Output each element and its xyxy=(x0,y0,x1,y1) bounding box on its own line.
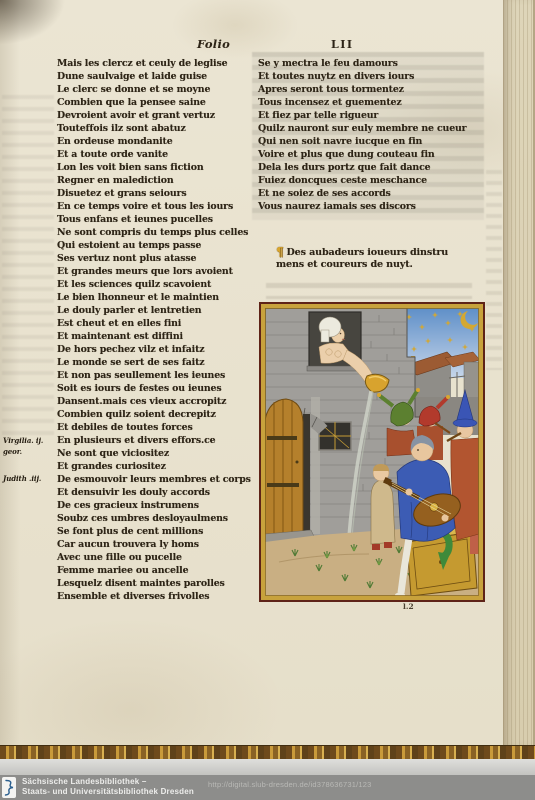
verse-line: Et fiez par telle rigueur xyxy=(258,109,486,122)
folio-header-number: LII xyxy=(331,38,354,51)
verse-line: Et densuivir les douly accords xyxy=(57,486,262,499)
margin-note-virgil: Virgilia. ij. xyxy=(3,436,43,445)
digitized-manuscript-view: Folio LII Mais les clercz et ceuly de le… xyxy=(0,0,535,800)
verse-line: Avec une fille ou pucelle xyxy=(57,551,262,564)
gilded-book-edge xyxy=(0,745,535,760)
verse-line: Ses vertuz nont plus atasse xyxy=(57,252,262,265)
rubric-line: ¶Des aubadeurs ioueurs dinstru xyxy=(276,245,490,258)
miniature-illumination xyxy=(259,302,485,602)
verse-line: Ensemble et diverses frivolles xyxy=(57,590,262,603)
verse-line: Fuiez doncques ceste meschance xyxy=(258,174,486,187)
verse-line: Est cheut et en elles fini xyxy=(57,317,262,330)
verse-line: Ne sont que viciositez xyxy=(57,447,262,460)
verse-line: Et toutes nuytz en divers iours xyxy=(258,70,486,83)
verse-line: Et a toute orde vanite xyxy=(57,148,262,161)
verse-line: Et les sciences quilz scavoient xyxy=(57,278,262,291)
rubric-text: mens et coureurs de nuyt. xyxy=(276,259,413,270)
verse-line: Dansent.mais ces vieux accropitz xyxy=(57,395,262,408)
verse-line: Quilz nauront sur euly membre ne cueur xyxy=(258,122,486,135)
verse-line: Combien quilz soient decrepitz xyxy=(57,408,262,421)
verse-line: Soubz ces umbres desloyaulmens xyxy=(57,512,262,525)
verse-line: Et non pas seullement les ieunes xyxy=(57,369,262,382)
left-text-column: Mais les clercz et ceuly de legliseDune … xyxy=(57,57,262,603)
verse-line: Et grandes meurs que lors avoient xyxy=(57,265,262,278)
table-surface xyxy=(0,759,535,775)
verse-line: Qui estoient au temps passe xyxy=(57,239,262,252)
library-footer-bar: Sächsische Landesbibliothek –Staats- und… xyxy=(0,775,535,800)
library-name-line2: Staats- und Universitätsbibliothek Dresd… xyxy=(22,787,194,796)
verse-line: Voire et plus que dung couteau fin xyxy=(258,148,486,161)
verse-line: Lon les voit bien sans fiction xyxy=(57,161,262,174)
rubric-text: Des aubadeurs ioueurs dinstru xyxy=(287,247,449,258)
right-text-column: Se y mectra le feu damoursEt toutes nuyt… xyxy=(258,57,486,213)
book-fore-edge xyxy=(503,0,533,745)
verse-line: Tous enfans et ieunes pucelles xyxy=(57,213,262,226)
verse-line: Le monde se sert de ses faitz xyxy=(57,356,262,369)
verse-line: En plusieurs et divers effors.ce xyxy=(57,434,262,447)
verse-line: Tous incensez et guementez xyxy=(258,96,486,109)
verse-line: De esmouvoir leurs membres et corps xyxy=(57,473,262,486)
verse-line: Lesquelz disent maintes parolles xyxy=(57,577,262,590)
margin-note-judith: Judith .iij. xyxy=(3,474,41,483)
verse-line: Dune saulvaige et laide guise xyxy=(57,70,262,83)
verse-line: Et grandes curiositez xyxy=(57,460,262,473)
library-name: Sächsische Landesbibliothek –Staats- und… xyxy=(22,777,194,797)
verse-line: En ordeuse mondanite xyxy=(57,135,262,148)
quire-signature: l.2 xyxy=(403,602,414,611)
verse-line: Combien que la pensee saine xyxy=(57,96,262,109)
verse-line: Vous naurez iamais ses discors xyxy=(258,200,486,213)
verse-line: De ces gracieux instrumens xyxy=(57,499,262,512)
verse-line: Apres seront tous tormentez xyxy=(258,83,486,96)
document-url: http://digital.slub-dresden.de/id3786367… xyxy=(208,780,372,789)
verse-line: Et maintenant est diffini xyxy=(57,330,262,343)
rubric-line: mens et coureurs de nuyt. xyxy=(276,258,490,271)
paragraph-mark-icon: ¶ xyxy=(276,246,284,259)
verse-line: Touteffois ilz sont abatuz xyxy=(57,122,262,135)
verse-line: Mais les clercz et ceuly de leglise xyxy=(57,57,262,70)
verse-line: Dela les durs portz que fait dance xyxy=(258,161,486,174)
verse-line: Femme mariee ou ancelle xyxy=(57,564,262,577)
verse-line: Le douly parler et lentretien xyxy=(57,304,262,317)
library-name-line1: Sächsische Landesbibliothek – xyxy=(22,777,147,786)
chapter-rubric: ¶Des aubadeurs ioueurs dinstru mens et c… xyxy=(276,245,490,271)
verse-line: Et ne soiez de ses accords xyxy=(258,187,486,200)
verse-line: Regner en malediction xyxy=(57,174,262,187)
verse-line: Qui nen soit navre iucque en fin xyxy=(258,135,486,148)
verse-line: Le bien lhonneur et le maintien xyxy=(57,291,262,304)
verse-line: De hors pechez vilz et infaitz xyxy=(57,343,262,356)
verse-line: Ne sont compris du temps plus celles xyxy=(57,226,262,239)
verse-line: Devroient avoir et grant vertuz xyxy=(57,109,262,122)
verse-line: Se font plus de cent millions xyxy=(57,525,262,538)
slub-logo-icon xyxy=(4,779,14,796)
verse-line: Soit es iours de festes ou ieunes xyxy=(57,382,262,395)
verse-line: Et debiles de toutes forces xyxy=(57,421,262,434)
verse-line: En ce temps voire et tous les iours xyxy=(57,200,262,213)
verse-line: Se y mectra le feu damours xyxy=(258,57,486,70)
slub-logo xyxy=(2,777,16,798)
folio-header-label: Folio xyxy=(197,37,230,51)
verse-line: Disuetez et grans seiours xyxy=(57,187,262,200)
verse-line: Car aucun trouvera ly homs xyxy=(57,538,262,551)
margin-note-virgil: geor. xyxy=(3,447,22,456)
verse-line: Le clerc se donne et se moyne xyxy=(57,83,262,96)
